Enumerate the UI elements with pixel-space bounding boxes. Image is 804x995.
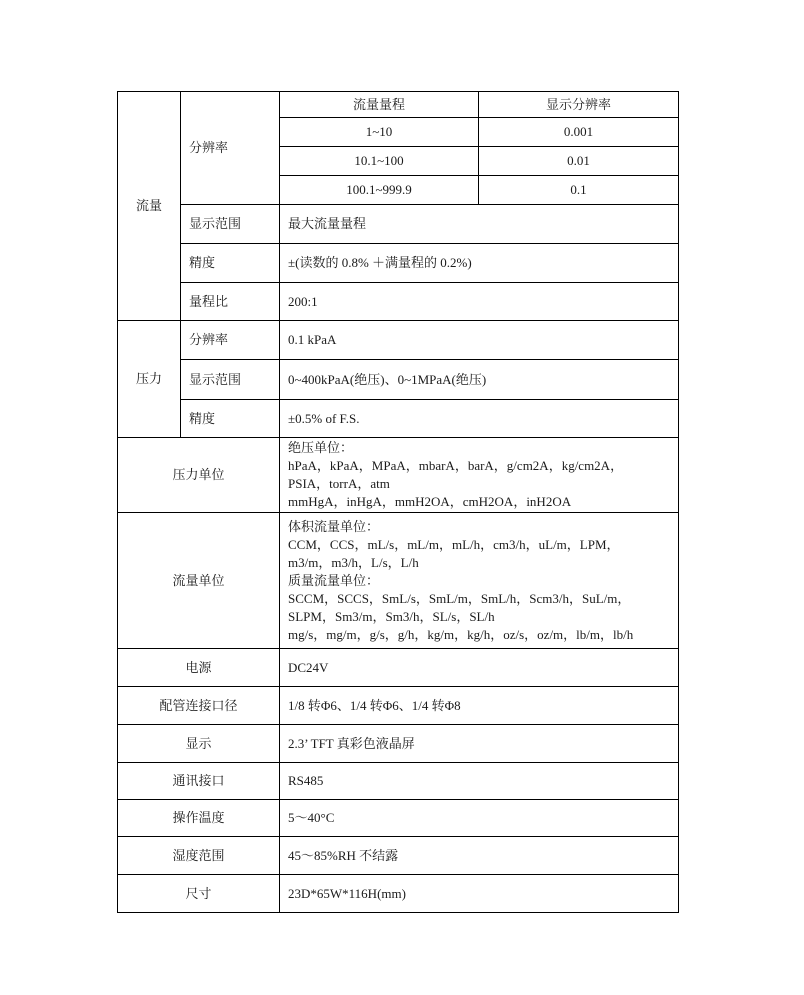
spec-value: 5～40°C xyxy=(280,800,679,837)
pressure-accuracy-value: ±0.5% of F.S. xyxy=(280,400,679,438)
pressure-resolution-label: 分辨率 xyxy=(181,321,280,360)
pressure-units-label: 压力单位 xyxy=(118,438,280,513)
spec-value: DC24V xyxy=(280,649,679,687)
text-line: SCCM，SCCS，SmL/s，SmL/m，SmL/h，Scm3/h，SuL/m… xyxy=(288,590,670,608)
spec-table: 流量 分辨率 流量量程 显示分辨率 1~10 0.001 10.1~100 0.… xyxy=(117,91,679,913)
flow-resolution-label: 分辨率 xyxy=(181,92,280,205)
flow-range-cell: 100.1~999.9 xyxy=(280,176,479,205)
table-row: 电源 DC24V xyxy=(118,649,679,687)
text-line: CCM，CCS，mL/s，mL/m，mL/h，cm3/h，uL/m，LPM， xyxy=(288,536,670,554)
text-line: mg/s，mg/m，g/s，g/h，kg/m，kg/h，oz/s，oz/m，lb… xyxy=(288,626,670,644)
flow-accuracy-label: 精度 xyxy=(181,244,280,283)
spec-value: 2.3’ TFT 真彩色液晶屏 xyxy=(280,725,679,763)
flow-turndown-label: 量程比 xyxy=(181,283,280,321)
spec-value: 1/8 转Φ6、1/4 转Φ6、1/4 转Φ8 xyxy=(280,687,679,725)
spec-label: 配管连接口径 xyxy=(118,687,280,725)
text-line: 体积流量单位： xyxy=(288,518,670,536)
table-row: 压力单位 绝压单位： hPaA，kPaA，MPaA，mbarA，barA，g/c… xyxy=(118,438,679,513)
text-line: 质量流量单位： xyxy=(288,572,670,590)
table-row: 量程比 200:1 xyxy=(118,283,679,321)
table-row: 精度 ±0.5% of F.S. xyxy=(118,400,679,438)
display-resolution-header: 显示分辨率 xyxy=(479,92,679,118)
table-row: 操作温度 5～40°C xyxy=(118,800,679,837)
text-line: PSIA，torrA，atm xyxy=(288,475,670,493)
text-line: m3/m，m3/h，L/s，L/h xyxy=(288,554,670,572)
resolution-cell: 0.01 xyxy=(479,147,679,176)
table-row: 显示范围 最大流量量程 xyxy=(118,205,679,244)
table-row: 流量 分辨率 流量量程 显示分辨率 xyxy=(118,92,679,118)
table-row: 尺寸 23D*65W*116H(mm) xyxy=(118,875,679,913)
spec-label: 显示 xyxy=(118,725,280,763)
flow-range-cell: 1~10 xyxy=(280,118,479,147)
pressure-resolution-value: 0.1 kPaA xyxy=(280,321,679,360)
table-row: 压力 分辨率 0.1 kPaA xyxy=(118,321,679,360)
spec-value: 23D*65W*116H(mm) xyxy=(280,875,679,913)
spec-value: RS485 xyxy=(280,763,679,800)
flow-display-range-label: 显示范围 xyxy=(181,205,280,244)
text-line: mmHgA，inHgA，mmH2OA，cmH2OA，inH2OA xyxy=(288,493,670,511)
flow-accuracy-value: ±(读数的 0.8% ＋满量程的 0.2%) xyxy=(280,244,679,283)
flow-display-range-value: 最大流量量程 xyxy=(280,205,679,244)
flow-range-cell: 10.1~100 xyxy=(280,147,479,176)
spec-label: 电源 xyxy=(118,649,280,687)
pressure-display-range-value: 0~400kPaA(绝压)、0~1MPaA(绝压) xyxy=(280,360,679,400)
table-row: 湿度范围 45～85%RH 不结露 xyxy=(118,837,679,875)
table-row: 流量单位 体积流量单位： CCM，CCS，mL/s，mL/m，mL/h，cm3/… xyxy=(118,513,679,649)
table-row: 配管连接口径 1/8 转Φ6、1/4 转Φ6、1/4 转Φ8 xyxy=(118,687,679,725)
spec-value: 45～85%RH 不结露 xyxy=(280,837,679,875)
flow-range-header: 流量量程 xyxy=(280,92,479,118)
flow-units-value: 体积流量单位： CCM，CCS，mL/s，mL/m，mL/h，cm3/h，uL/… xyxy=(280,513,679,649)
table-row: 通讯接口 RS485 xyxy=(118,763,679,800)
resolution-cell: 0.1 xyxy=(479,176,679,205)
text-line: SLPM，Sm3/m，Sm3/h，SL/s，SL/h xyxy=(288,608,670,626)
flow-turndown-value: 200:1 xyxy=(280,283,679,321)
pressure-display-range-label: 显示范围 xyxy=(181,360,280,400)
pressure-units-value: 绝压单位： hPaA，kPaA，MPaA，mbarA，barA，g/cm2A，k… xyxy=(280,438,679,513)
spec-label: 通讯接口 xyxy=(118,763,280,800)
table-row: 精度 ±(读数的 0.8% ＋满量程的 0.2%) xyxy=(118,244,679,283)
flow-group-label: 流量 xyxy=(118,92,181,321)
text-line: 绝压单位： xyxy=(288,439,670,457)
table-row: 显示 2.3’ TFT 真彩色液晶屏 xyxy=(118,725,679,763)
text-line: hPaA，kPaA，MPaA，mbarA，barA，g/cm2A，kg/cm2A… xyxy=(288,457,670,475)
spec-label: 尺寸 xyxy=(118,875,280,913)
table-row: 显示范围 0~400kPaA(绝压)、0~1MPaA(绝压) xyxy=(118,360,679,400)
resolution-cell: 0.001 xyxy=(479,118,679,147)
pressure-group-label: 压力 xyxy=(118,321,181,438)
spec-label: 操作温度 xyxy=(118,800,280,837)
spec-label: 湿度范围 xyxy=(118,837,280,875)
pressure-accuracy-label: 精度 xyxy=(181,400,280,438)
flow-units-label: 流量单位 xyxy=(118,513,280,649)
